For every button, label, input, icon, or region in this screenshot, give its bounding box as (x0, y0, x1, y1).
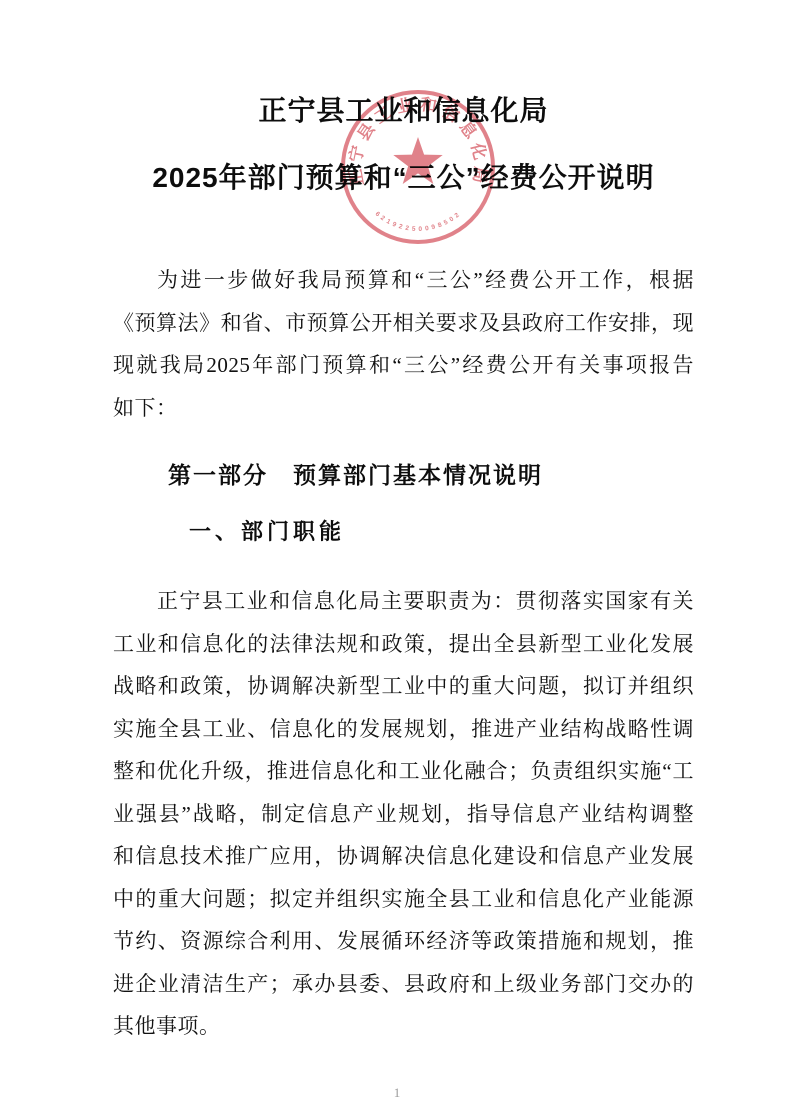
intro-line: 为进一步做好我局预算和“三公”经费公开工作，根据 (113, 259, 694, 302)
duties-line: 其他事项。 (113, 1005, 694, 1048)
title-line-2: 2025年部门预算和“三公”经费公开说明 (113, 161, 694, 195)
duties-line: 战略和政策，协调解决新型工业中的重大问题，拟订并组织 (113, 665, 694, 708)
page-number: 1 (0, 1085, 794, 1101)
duties-line: 进企业清洁生产；承办县委、县政府和上级业务部门交办的 (113, 963, 694, 1006)
duties-line: 实施全县工业、信息化的发展规划，推进产业结构战略性调 (113, 708, 694, 751)
duties-line: 整和优化升级，推进信息化和工业化融合；负责组织实施“工 (113, 750, 694, 793)
intro-line: 如下： (113, 387, 694, 430)
document-content: 正宁县工业和信息化局 2025年部门预算和“三公”经费公开说明 为进一步做好我局… (0, 0, 794, 1048)
duties-line: 工业和信息化的法律法规和政策，提出全县新型工业化发展 (113, 623, 694, 666)
duties-line: 正宁县工业和信息化局主要职责为：贯彻落实国家有关 (113, 580, 694, 623)
intro-line: 现就我局2025年部门预算和“三公”经费公开有关事项报告 (113, 344, 694, 387)
subsection-heading-duties: 一、部门职能 (189, 517, 694, 547)
duties-line: 中的重大问题；拟定并组织实施全县工业和信息化产业能源 (113, 878, 694, 921)
section-heading-part1: 第一部分 预算部门基本情况说明 (168, 459, 694, 491)
duties-line: 和信息技术推广应用，协调解决信息化建设和信息产业发展 (113, 835, 694, 878)
intro-line: 《预算法》和省、市预算公开相关要求及县政府工作安排，现 (113, 302, 694, 345)
duties-paragraph: 正宁县工业和信息化局主要职责为：贯彻落实国家有关 工业和信息化的法律法规和政策，… (113, 580, 694, 1048)
title-line-1: 正宁县工业和信息化局 (113, 94, 694, 128)
document-page: 正宁县工业和信息化局 2025年部门预算和“三公”经费公开说明 为进一步做好我局… (0, 0, 794, 1107)
intro-paragraph: 为进一步做好我局预算和“三公”经费公开工作，根据 《预算法》和省、市预算公开相关… (113, 259, 694, 429)
duties-line: 节约、资源综合利用、发展循环经济等政策措施和规划，推 (113, 920, 694, 963)
duties-line: 业强县”战略，制定信息产业规划，指导信息产业结构调整 (113, 793, 694, 836)
